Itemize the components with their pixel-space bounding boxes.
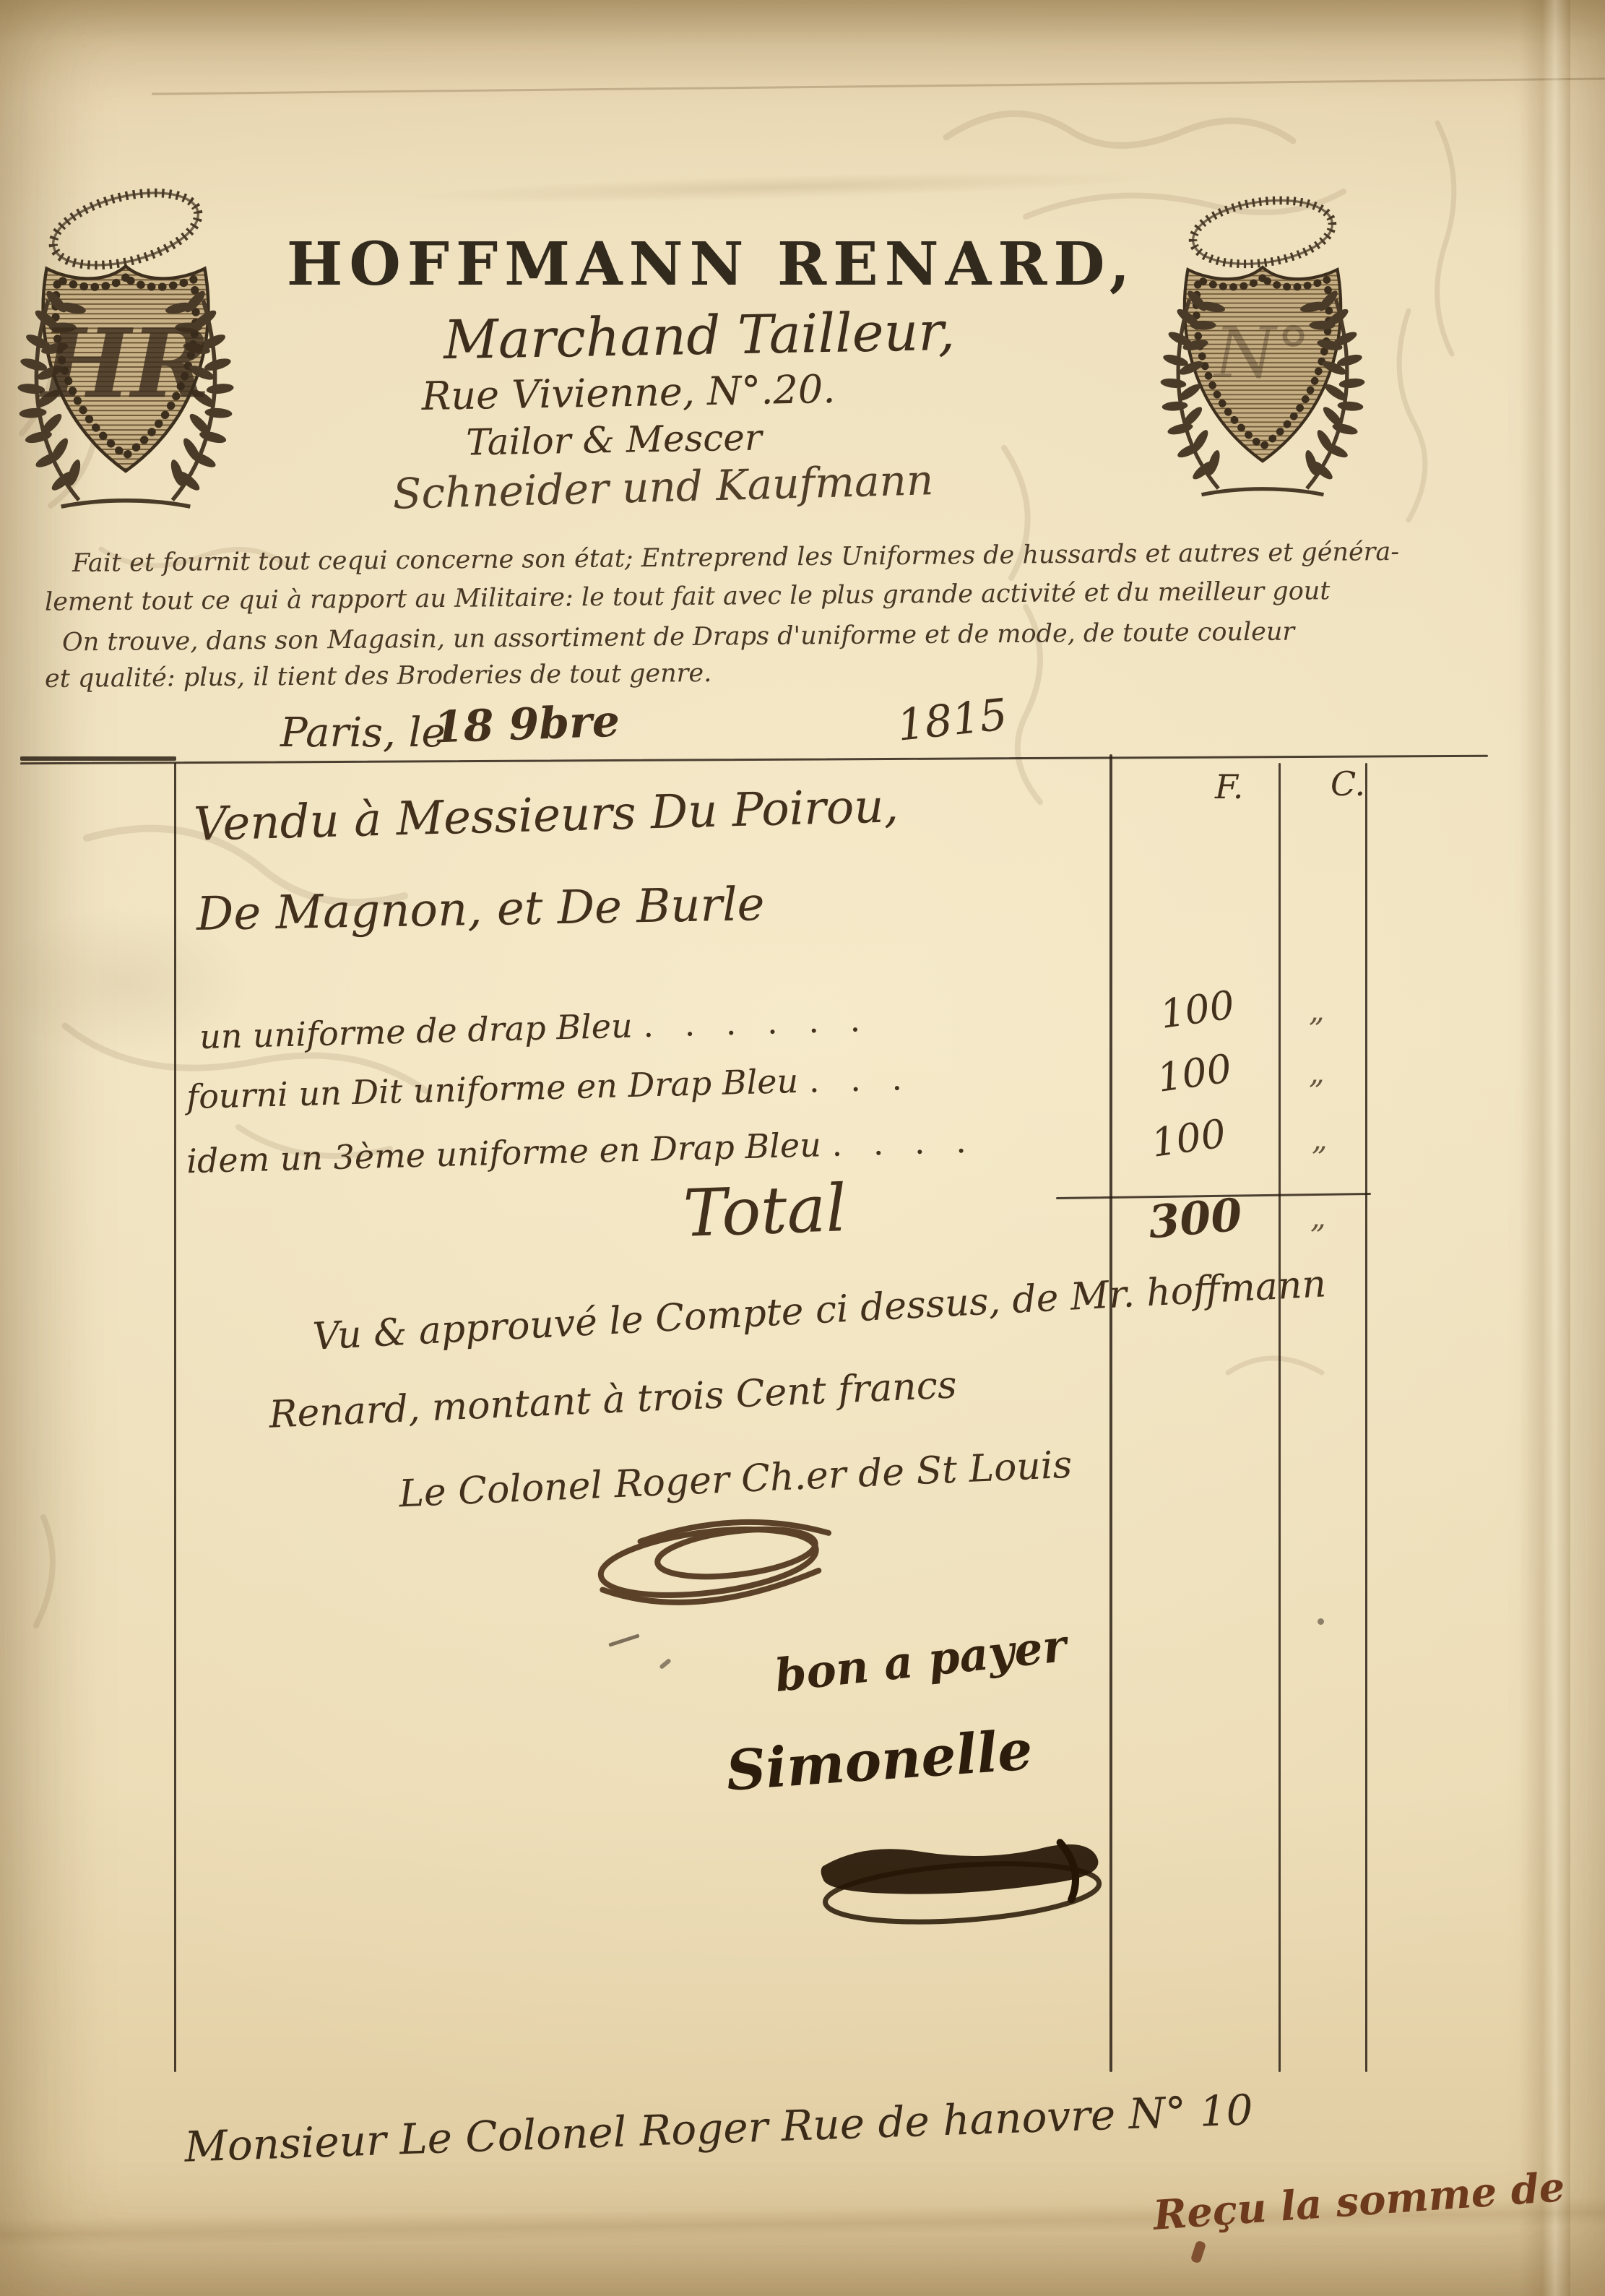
paraph-flourish-icon xyxy=(556,1488,888,1626)
date-day-month: 18 9bre xyxy=(433,696,620,754)
item-dots: . . . xyxy=(808,1058,912,1100)
signature-inkblot-icon xyxy=(780,1806,1141,1936)
item-centimes-1: „ xyxy=(1309,993,1325,1028)
right-fold-shadow xyxy=(1520,0,1570,2296)
left-crest-icon: HR xyxy=(4,181,247,526)
stray-dash-mark xyxy=(608,1633,639,1647)
total-centimes: „ xyxy=(1310,1199,1326,1235)
table-rule-left xyxy=(174,763,176,2072)
sold-to-line-1: Vendu à Messieurs Du Poirou, xyxy=(193,780,899,852)
top-fold-line xyxy=(152,77,1605,95)
item-francs-1: 100 xyxy=(1157,982,1237,1037)
description-line-4: et qualité: plus, il tient des Broderies… xyxy=(45,659,712,694)
left-crest-monogram: HR xyxy=(38,308,210,420)
table-rule-col-2 xyxy=(1279,763,1281,2072)
item-dots: . . . . . . xyxy=(642,1000,870,1045)
item-dots: . . . . xyxy=(831,1121,977,1164)
table-rule-top xyxy=(20,755,1488,765)
tagline-french: Marchand Tailleur, xyxy=(443,301,955,371)
date-year: 1815 xyxy=(895,689,1010,751)
invoice-document: HR xyxy=(0,0,1605,2296)
item-description: un uniforme de drap Bleu xyxy=(199,1006,633,1056)
item-francs-2: 100 xyxy=(1154,1045,1234,1101)
item-row-3: idem un 3ème uniforme en Drap Bleu . . .… xyxy=(186,1121,977,1181)
item-centimes-3: „ xyxy=(1312,1121,1328,1157)
date-prefix: Paris, le xyxy=(280,709,446,756)
footer-address: Monsieur Le Colonel Roger Rue de hanovre… xyxy=(183,2085,1253,2172)
item-row-1: un uniforme de drap Bleu . . . . . . xyxy=(199,1000,870,1056)
signature: Simonelle xyxy=(724,1717,1034,1803)
column-header-francs: F. xyxy=(1215,767,1243,806)
right-crest-number: N° xyxy=(1213,312,1311,394)
ink-speck xyxy=(1318,1618,1324,1625)
sold-to-line-2: De Magnon, et De Burle xyxy=(196,878,765,941)
item-centimes-2: „ xyxy=(1309,1055,1325,1090)
description-line-1: Fait et fournit tout cequi concerne son … xyxy=(72,538,1399,578)
item-description: idem un 3ème uniforme en Drap Bleu xyxy=(186,1125,821,1181)
header-address: Rue Vivienne, N°.20. xyxy=(421,366,836,419)
column-header-centimes: C. xyxy=(1331,764,1365,803)
tagline-english: Tailor & Mescer xyxy=(466,416,762,463)
top-fold-shadow xyxy=(0,0,1605,108)
bon-a-payer-note: bon a payer xyxy=(772,1619,1068,1702)
total-francs: 300 xyxy=(1146,1188,1244,1248)
tagline-german: Schneider und Kaufmann xyxy=(392,455,934,519)
received-note: Reçu la somme de xyxy=(1151,2163,1566,2240)
received-comma-mark xyxy=(1190,2240,1207,2264)
business-name: HOFFMANN RENARD, xyxy=(287,230,1136,299)
item-francs-3: 100 xyxy=(1148,1110,1229,1166)
description-line-3: On trouve, dans son Magasin, un assortim… xyxy=(62,618,1294,657)
table-rule-col-3 xyxy=(1365,763,1367,2072)
approval-line-1: Vu & approuvé le Compte ci dessus, de Mr… xyxy=(311,1262,1327,1358)
approval-line-2: Renard, montant à trois Cent francs xyxy=(268,1363,958,1437)
item-row-2: fourni un Dit uniforme en Drap Bleu . . … xyxy=(186,1058,912,1116)
total-label: Total xyxy=(682,1170,847,1252)
stray-comma-mark xyxy=(659,1658,672,1670)
item-description: fourni un Dit uniforme en Drap Bleu xyxy=(186,1061,798,1116)
description-line-2: lement tout ce qui à rapport au Militair… xyxy=(45,577,1331,617)
right-crest-icon: N° xyxy=(1135,186,1390,513)
table-rule-top-left-heavy xyxy=(20,756,176,761)
